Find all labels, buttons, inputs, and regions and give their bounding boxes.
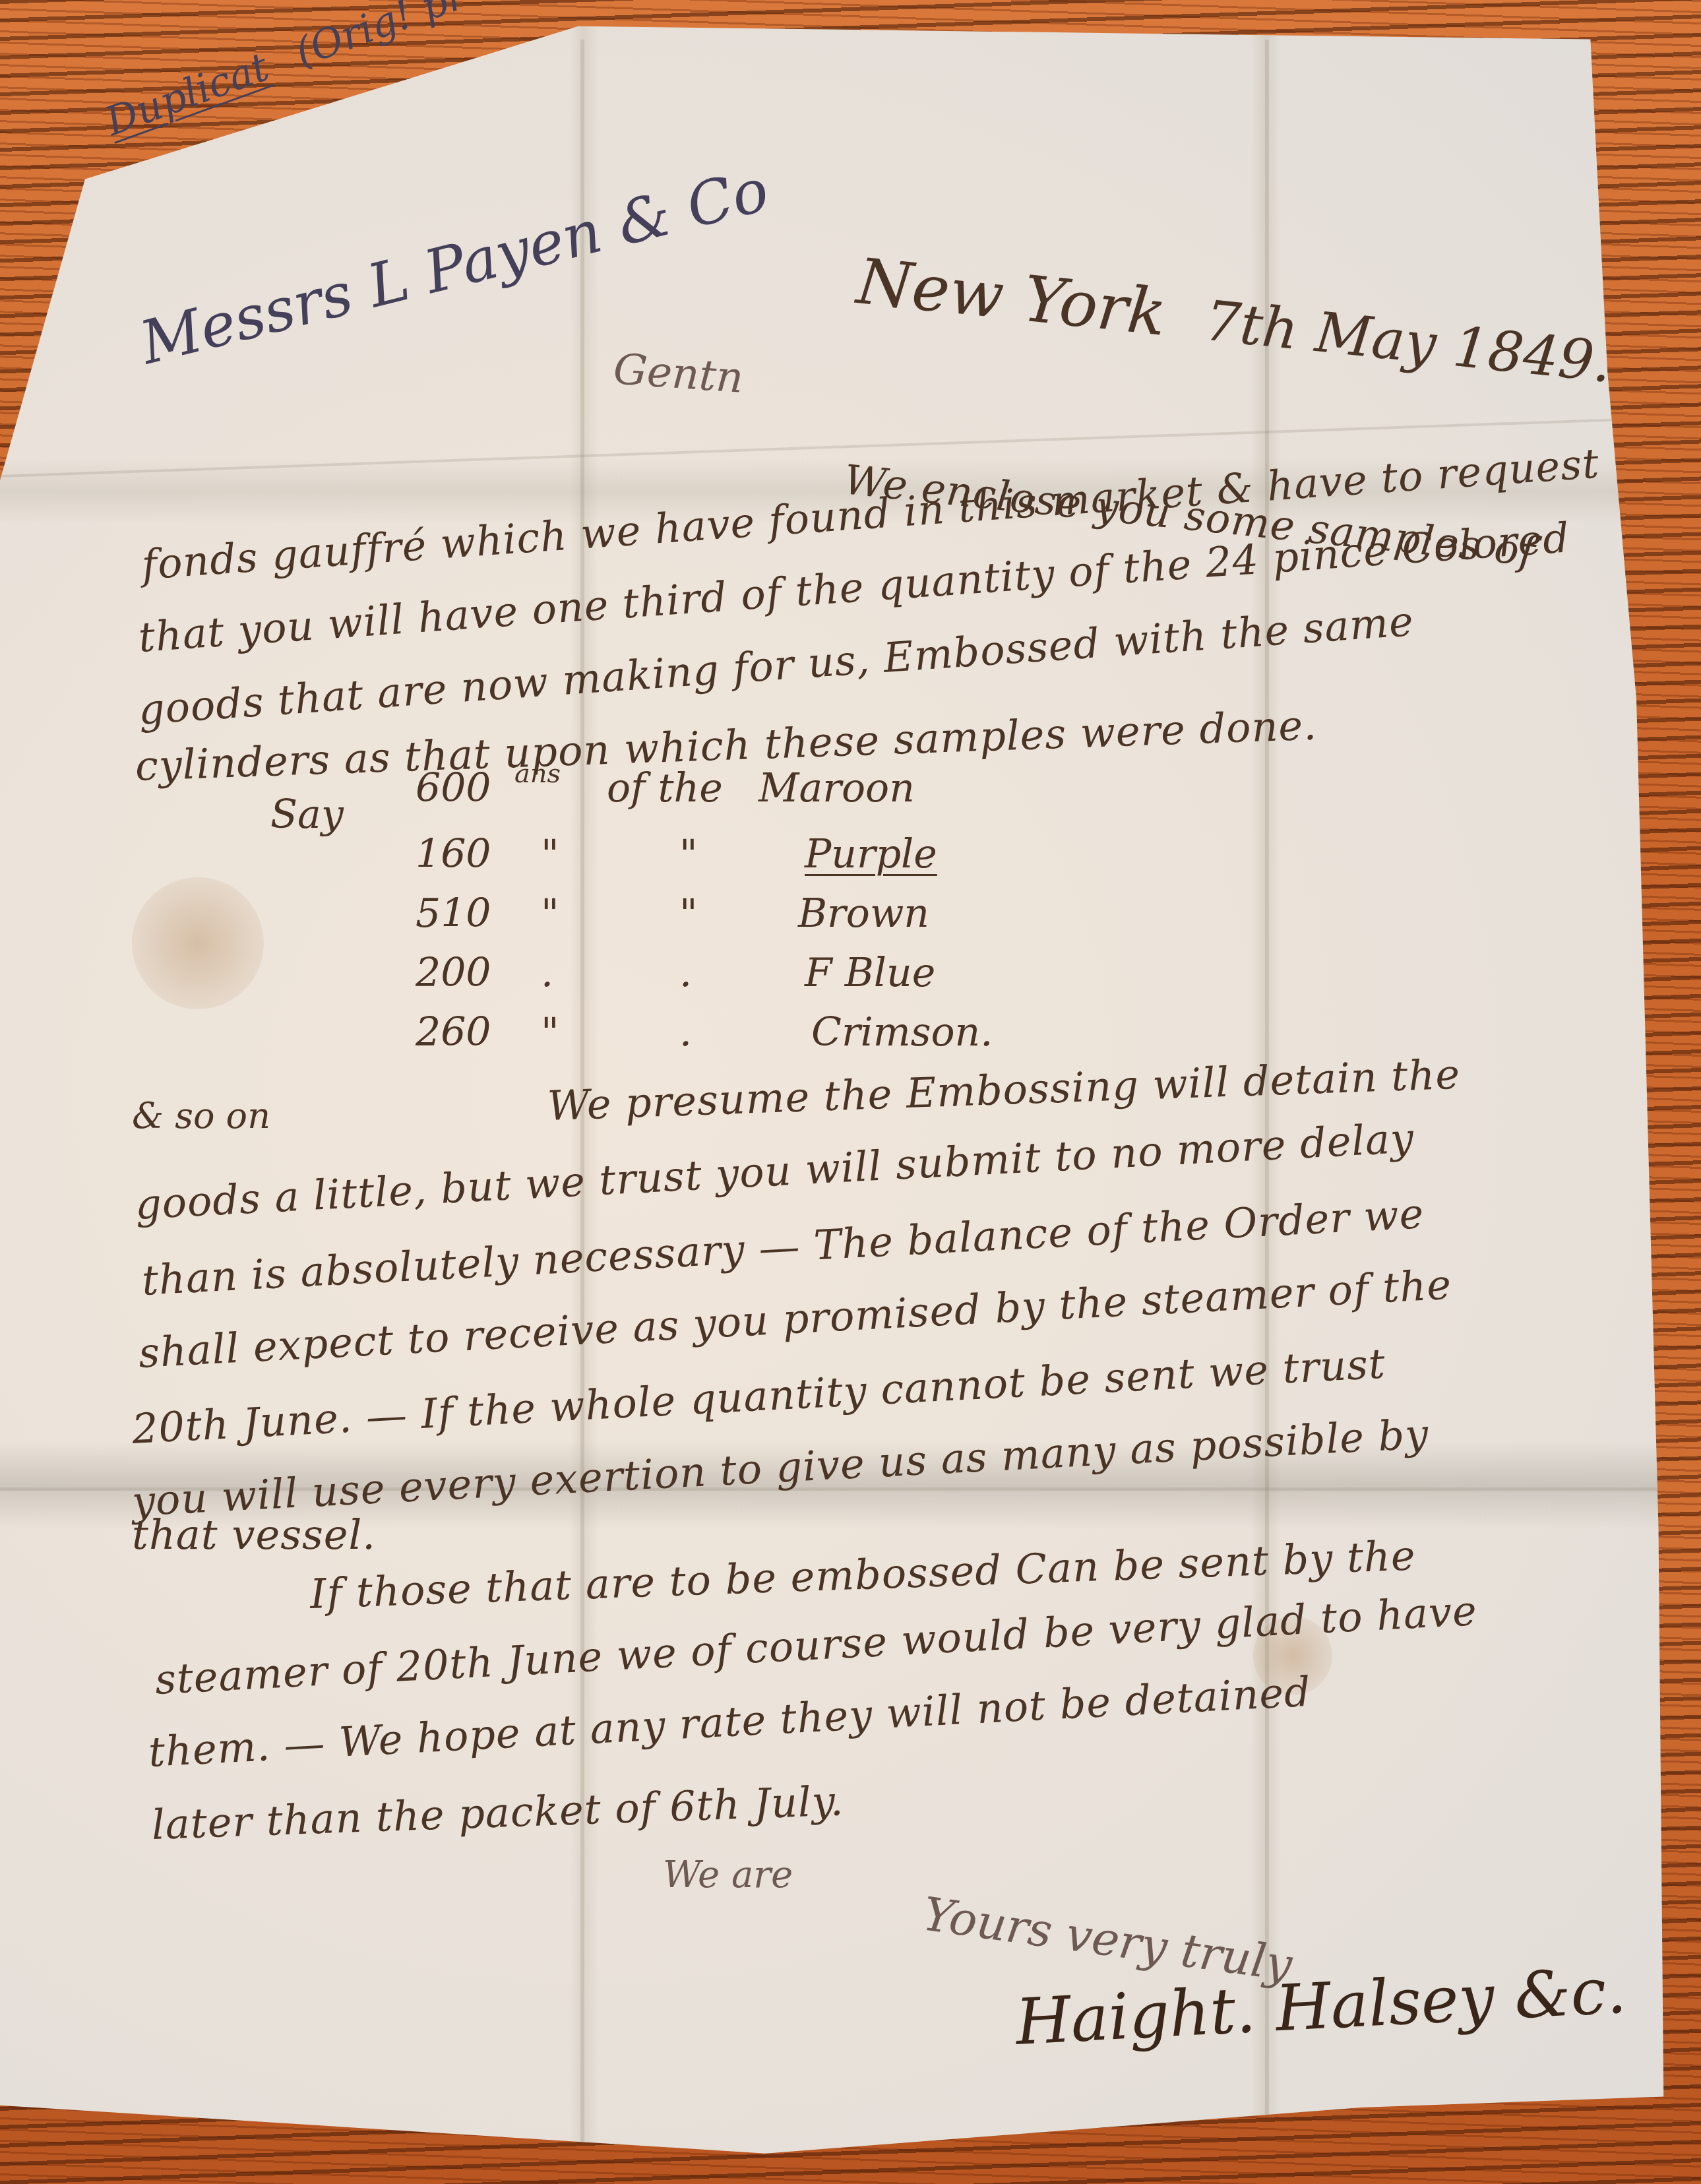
- order-unit: .: [541, 950, 553, 996]
- order-color: Brown: [798, 890, 929, 937]
- order-color: Crimson.: [811, 1009, 993, 1055]
- order-color: Maroon: [758, 765, 915, 811]
- order-unit: ": [541, 831, 559, 877]
- continuation-note: & so on: [132, 1095, 270, 1137]
- order-unit: ": [541, 1009, 559, 1055]
- closing-we-are: We are: [663, 1854, 793, 1896]
- order-qty: 200: [416, 950, 491, 996]
- order-ditto: .: [679, 950, 692, 996]
- order-qty: 160: [416, 831, 491, 877]
- order-color: F Blue: [805, 950, 935, 996]
- order-qty: 600: [416, 765, 491, 811]
- order-intro: Say: [270, 792, 344, 838]
- order-ditto: of the: [607, 765, 723, 811]
- order-ditto: ": [679, 890, 698, 937]
- order-ditto: .: [679, 1009, 692, 1055]
- order-unit: ans: [514, 759, 561, 789]
- body-line: that vessel.: [132, 1511, 376, 1559]
- order-ditto: ": [679, 831, 698, 877]
- paper-stain: [132, 877, 264, 1009]
- order-qty: 260: [416, 1009, 491, 1055]
- order-unit: ": [541, 890, 559, 937]
- salutation: Gentn: [612, 345, 745, 403]
- order-color: Purple: [805, 831, 937, 877]
- order-qty: 510: [416, 890, 491, 937]
